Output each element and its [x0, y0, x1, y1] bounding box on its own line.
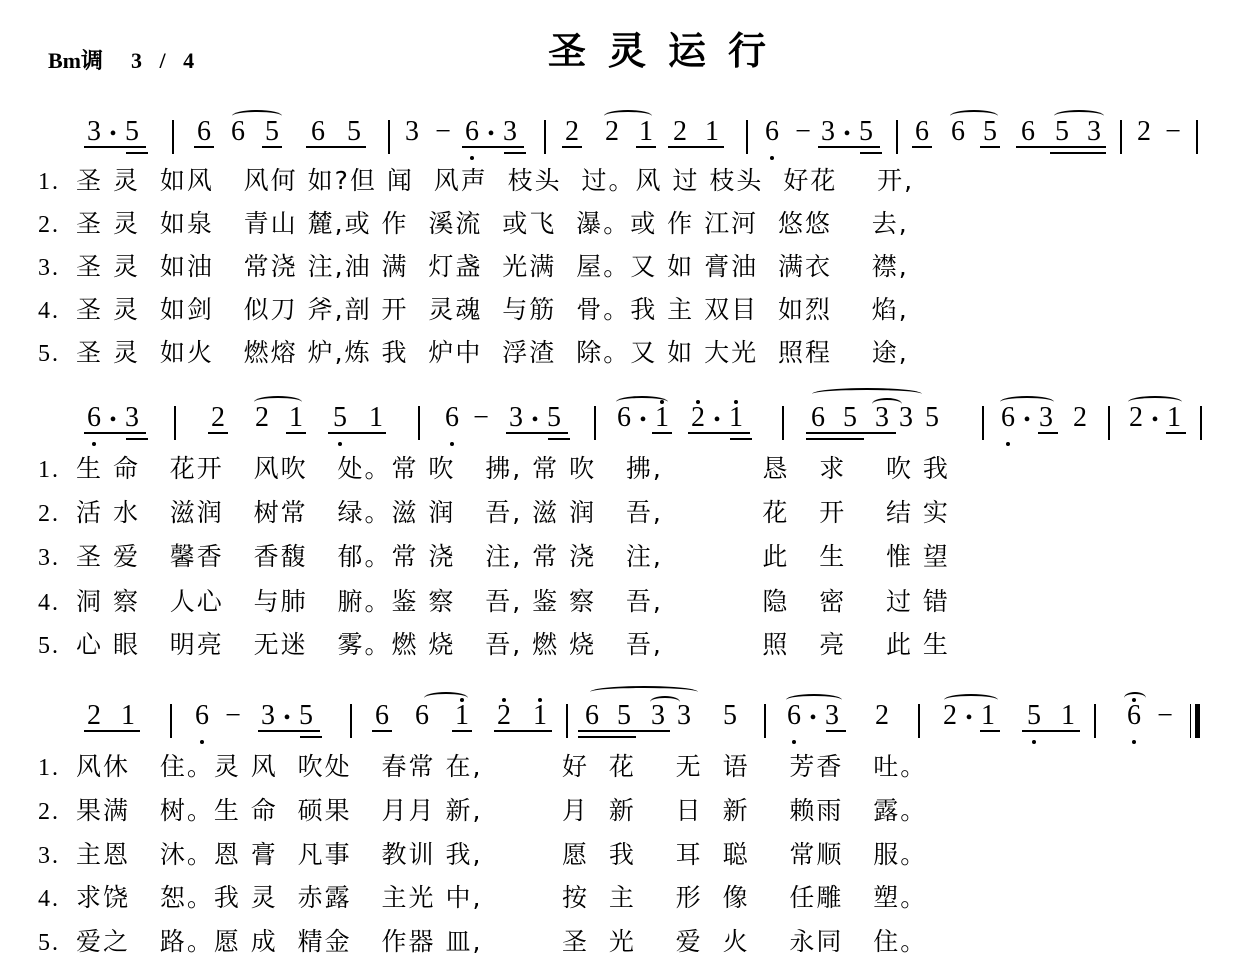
note-group: 5: [840, 398, 860, 458]
note-group: −: [792, 112, 814, 172]
note-group: 6: [1124, 696, 1144, 756]
time-signature: 3 / 4: [131, 48, 200, 73]
lyric-verse: 1.生 命 花开 风吹 处。常 吹 拂, 常 吹 拂, 恳 求 吹 我: [38, 452, 950, 486]
note-group: 2: [670, 112, 690, 172]
note-group: 6: [1018, 112, 1038, 172]
note-group: 5: [922, 398, 942, 458]
note-group: 6: [808, 398, 828, 458]
note-group: 2•1: [688, 398, 746, 458]
note-group: −: [470, 398, 492, 458]
note-group: 2: [1070, 398, 1090, 458]
note-group: 6: [192, 696, 212, 756]
note-group: 1: [1058, 696, 1078, 756]
note-group: 3•5: [506, 398, 564, 458]
note-group: 2: [1134, 112, 1154, 172]
lyric-verse: 5.圣 灵 如火 燃熔 炉,炼 我 炉中 浮渣 除。又 如 大光 照程 途,: [38, 336, 909, 370]
note-group: 6•3: [462, 112, 520, 172]
key-signature: Bm调3 / 4: [48, 44, 200, 75]
lyric-verse: 4.圣 灵 如剑 似刀 斧,剖 开 灵魂 与筋 骨。我 主 双目 如烈 焰,: [38, 293, 909, 327]
note-group: −: [222, 696, 244, 756]
key-label: Bm调: [48, 48, 103, 73]
note-group: 1: [702, 112, 722, 172]
notation-system-3: 2 1 6 − 3•5 6 6 1 2 1 6 5 3 3 5 6•3 2 2•…: [0, 696, 1238, 756]
note-group: 2: [872, 696, 892, 756]
note-group: 6: [582, 696, 602, 756]
note-group: −: [432, 112, 454, 172]
notation-system-2: 6•3 2 2 1 5 1 6 − 3•5 6•1 2•1 6 5 3 3 5 …: [0, 398, 1238, 458]
note-group: 5: [1024, 696, 1044, 756]
note-group: 2: [494, 696, 514, 756]
note-group: 6: [762, 112, 782, 172]
note-group: 3•5: [818, 112, 876, 172]
lyric-verse: 1.风休 住。灵 风 吹处 春常 在, 好 花 无 语 芳香 吐。: [38, 750, 927, 784]
note-group: 6: [308, 112, 328, 172]
lyric-verse: 2.果满 树。生 命 硕果 月月 新, 月 新 日 新 赖雨 露。: [38, 794, 927, 828]
lyric-verse: 4.求饶 恕。我 灵 赤露 主光 中, 按 主 形 像 任雕 塑。: [38, 881, 927, 915]
song-title: 圣灵运行: [548, 20, 788, 75]
note-group: 5: [720, 696, 740, 756]
note-group: 5: [330, 398, 350, 458]
lyric-verse: 5.心 眼 明亮 无迷 雾。燃 烧 吾, 燃 烧 吾, 照 亮 此 生: [38, 628, 950, 662]
lyric-verse: 4.洞 察 人心 与肺 腑。鉴 察 吾, 鉴 察 吾, 隐 密 过 错: [38, 585, 950, 619]
lyric-verse: 3.主恩 沐。恩 膏 凡事 教训 我, 愿 我 耳 聪 常顺 服。: [38, 838, 927, 872]
note-group: 5: [614, 696, 634, 756]
lyric-verse: 2.活 水 滋润 树常 绿。滋 润 吾, 滋 润 吾, 花 开 结 实: [38, 496, 950, 530]
lyric-verse: 1.圣 灵 如风 风何 如?但 闻 风声 枝头 过。风 过 枝头 好花 开,: [38, 164, 914, 198]
note-group: 6: [912, 112, 932, 172]
note-group: 6: [412, 696, 432, 756]
note-group: 5: [344, 112, 364, 172]
lyric-verse: 2.圣 灵 如泉 青山 麓,或 作 溪流 或飞 瀑。或 作 江河 悠悠 去,: [38, 207, 909, 241]
note-group: 1: [366, 398, 386, 458]
note-group: 2: [562, 112, 582, 172]
note-group: 2: [84, 696, 104, 756]
note-group: 6: [372, 696, 392, 756]
note-group: 3: [402, 112, 422, 172]
note-group: 6•3: [84, 398, 142, 458]
note-group: 1: [530, 696, 550, 756]
note-group: −: [1162, 112, 1184, 172]
note-group: 6: [194, 112, 214, 172]
notation-system-1: 3•5 6 6 5 6 5 3 − 6•3 2 2 1 2 1 6 − 3•5 …: [0, 112, 1238, 172]
note-group: 3•5: [84, 112, 142, 172]
note-group: 6: [442, 398, 462, 458]
note-group: 3•5: [258, 696, 316, 756]
note-group: 1: [452, 696, 472, 756]
lyric-verse: 3.圣 爱 馨香 香馥 郁。常 浇 注, 常 浇 注, 此 生 惟 望: [38, 540, 950, 574]
lyric-verse: 3.圣 灵 如油 常浇 注,油 满 灯盏 光满 屋。又 如 膏油 满衣 襟,: [38, 250, 909, 284]
note-group: 2: [208, 398, 228, 458]
note-group: 1: [118, 696, 138, 756]
lyric-verse: 5.爱之 路。愿 成 精金 作器 皿, 圣 光 爱 火 永同 住。: [38, 925, 927, 959]
note-group: −: [1154, 696, 1176, 756]
